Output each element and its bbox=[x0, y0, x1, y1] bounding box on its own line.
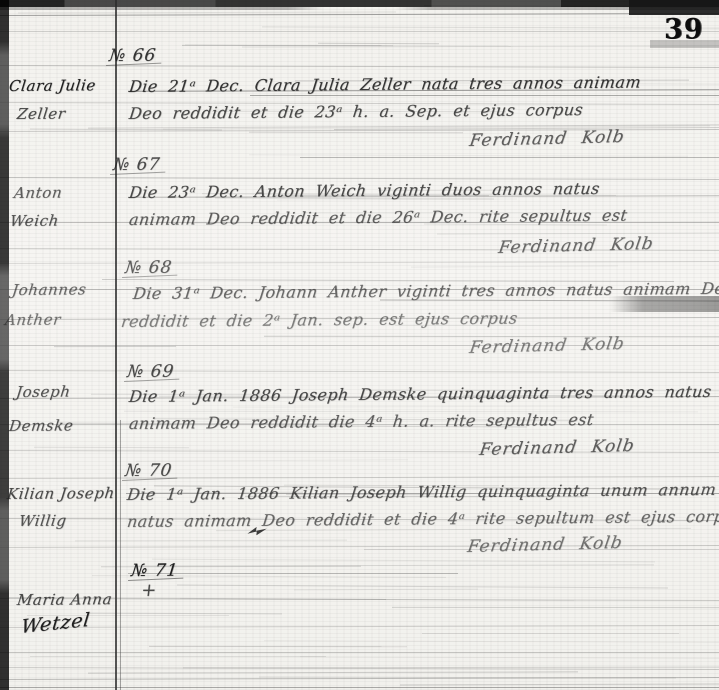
scan-edge-top-shadow bbox=[0, 7, 719, 10]
margin-name: Zeller bbox=[16, 105, 67, 123]
entry-signature: Ferdinand Kolb bbox=[497, 234, 655, 258]
entry-number: № 66 bbox=[108, 46, 157, 66]
margin-name: Anther bbox=[4, 311, 62, 329]
entry-number: № 69 bbox=[126, 362, 175, 382]
entry-text-line: Die 1ᵃ Jan. 1886 Kilian Joseph Willig qu… bbox=[126, 480, 717, 504]
scan-edge-left bbox=[0, 0, 9, 690]
entry-number: № 70 bbox=[124, 461, 173, 481]
margin-name: Demske bbox=[8, 416, 75, 435]
margin-name: Anton bbox=[13, 184, 63, 202]
entry-number: № 71 bbox=[130, 561, 179, 581]
column-divider-line bbox=[115, 0, 117, 690]
margin-name: Maria Anna bbox=[16, 590, 113, 609]
entry-signature: Ferdinand Kolb bbox=[468, 127, 626, 151]
scan-edge-top bbox=[0, 0, 719, 7]
scan-smudge bbox=[610, 296, 719, 312]
entry-text-line: animam Deo reddidit et die 26ᵃ Dec. rite… bbox=[128, 206, 628, 229]
margin-name: Johannes bbox=[11, 280, 87, 299]
entry-text-line: Die 21ᵃ Dec. Clara Julia Zeller nata tre… bbox=[128, 73, 642, 96]
scan-smudge bbox=[650, 40, 719, 48]
entry-number: № 67 bbox=[112, 155, 161, 175]
margin-name: Joseph bbox=[15, 383, 72, 401]
entry-text-line: Deo reddidit et die 23ᵃ h. a. Sep. et ej… bbox=[128, 100, 584, 123]
cross-mark: + bbox=[140, 580, 158, 601]
margin-name: Kilian Joseph bbox=[6, 484, 116, 503]
margin-name: Clara Julie bbox=[8, 76, 97, 95]
entry-signature: Ferdinand Kolb bbox=[478, 436, 636, 460]
margin-name: Wetzel bbox=[20, 609, 91, 638]
margin-name: Willig bbox=[18, 512, 68, 530]
entry-text-line: Die 1ᵃ Jan. 1886 Joseph Demske quinquagi… bbox=[128, 382, 713, 406]
scanned-register-page: 39 № 66 Clara Julie Zeller Die 21ᵃ Dec. … bbox=[0, 0, 719, 690]
entry-signature: Ferdinand Kolb bbox=[466, 533, 624, 557]
entry-signature: Ferdinand Kolb bbox=[468, 334, 626, 358]
entry-text-line: animam Deo reddidit die 4ᵃ h. a. rite se… bbox=[128, 410, 595, 433]
entry-text-line: reddidit et die 2ᵃ Jan. sep. est ejus co… bbox=[120, 309, 519, 331]
entry-text-line: Die 23ᵃ Dec. Anton Weich viginti duos an… bbox=[128, 179, 601, 202]
entry-number: № 68 bbox=[124, 258, 173, 278]
margin-name: Weich bbox=[9, 212, 60, 230]
column-divider-line-double bbox=[120, 420, 121, 690]
